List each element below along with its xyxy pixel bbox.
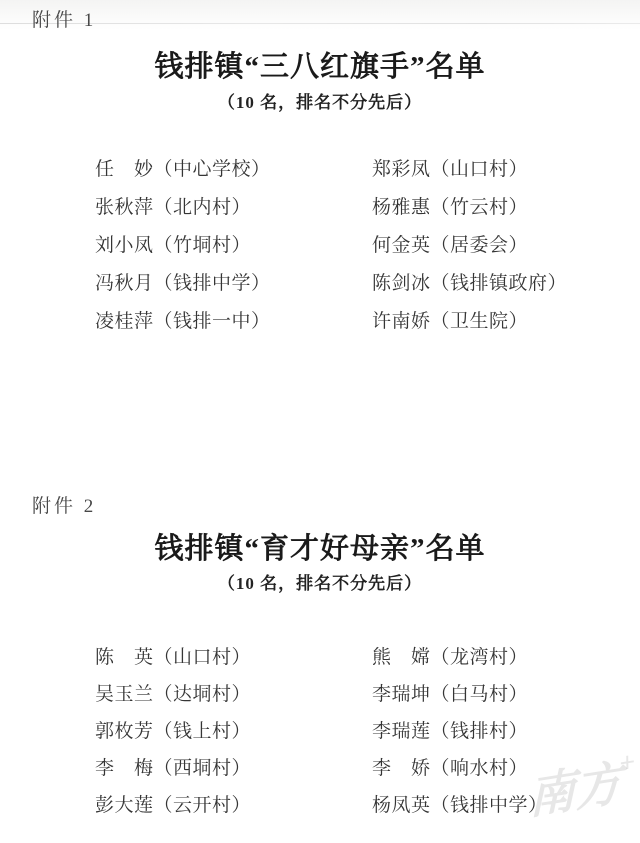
name-row: 任 妙（中心学校） 郑彩凤（山口村） (0, 151, 640, 189)
name-entry: 刘小凤（竹垌村） (95, 227, 251, 265)
name-row: 刘小凤（竹垌村） 何金英（居委会） (0, 227, 640, 265)
section-1-name-list: 任 妙（中心学校） 郑彩凤（山口村） 张秋萍（北内村） 杨雅惠（竹云村） 刘小凤… (0, 151, 640, 341)
section-2-title: 钱排镇“育才好母亲”名单 (0, 526, 640, 567)
name-entry: 陈 英（山口村） (95, 639, 251, 676)
name-row: 彭大莲（云开村） 杨凤英（钱排中学） (0, 787, 640, 824)
name-entry: 熊 嫦（龙湾村） (372, 639, 528, 676)
name-entry: 杨雅惠（竹云村） (372, 189, 528, 227)
name-entry: 彭大莲（云开村） (95, 787, 251, 824)
attachment-2-label: 附件 2 (32, 491, 96, 518)
name-entry: 李 梅（西垌村） (95, 750, 251, 787)
name-entry: 陈剑冰（钱排镇政府） (372, 265, 567, 303)
name-entry: 吴玉兰（达垌村） (95, 676, 251, 713)
name-row: 张秋萍（北内村） 杨雅惠（竹云村） (0, 189, 640, 227)
name-entry: 凌桂萍（钱排一中） (95, 303, 271, 341)
section-1-subtitle: （10 名，排名不分先后） (0, 88, 640, 113)
name-row: 李 梅（西垌村） 李 娇（响水村） (0, 750, 640, 787)
name-entry: 杨凤英（钱排中学） (372, 787, 548, 824)
section-1-title: 钱排镇“三八红旗手”名单 (0, 44, 640, 85)
name-row: 吴玉兰（达垌村） 李瑞坤（白马村） (0, 676, 640, 713)
section-2-name-list: 陈 英（山口村） 熊 嫦（龙湾村） 吴玉兰（达垌村） 李瑞坤（白马村） 郭枚芳（… (0, 639, 640, 824)
name-row: 凌桂萍（钱排一中） 许南娇（卫生院） (0, 303, 640, 341)
name-entry: 任 妙（中心学校） (95, 151, 271, 189)
attachment-1-label: 附件 1 (32, 5, 96, 32)
name-entry: 张秋萍（北内村） (95, 189, 251, 227)
name-entry: 何金英（居委会） (372, 227, 528, 265)
section-2-subtitle: （10 名，排名不分先后） (0, 569, 640, 594)
name-entry: 冯秋月（钱排中学） (95, 265, 271, 303)
name-entry: 郑彩凤（山口村） (372, 151, 528, 189)
name-entry: 李瑞莲（钱排村） (372, 713, 528, 750)
name-entry: 李 娇（响水村） (372, 750, 528, 787)
name-row: 冯秋月（钱排中学） 陈剑冰（钱排镇政府） (0, 265, 640, 303)
name-row: 陈 英（山口村） 熊 嫦（龙湾村） (0, 639, 640, 676)
name-row: 郭枚芳（钱上村） 李瑞莲（钱排村） (0, 713, 640, 750)
name-entry: 郭枚芳（钱上村） (95, 713, 251, 750)
name-entry: 许南娇（卫生院） (372, 303, 528, 341)
name-entry: 李瑞坤（白马村） (372, 676, 528, 713)
